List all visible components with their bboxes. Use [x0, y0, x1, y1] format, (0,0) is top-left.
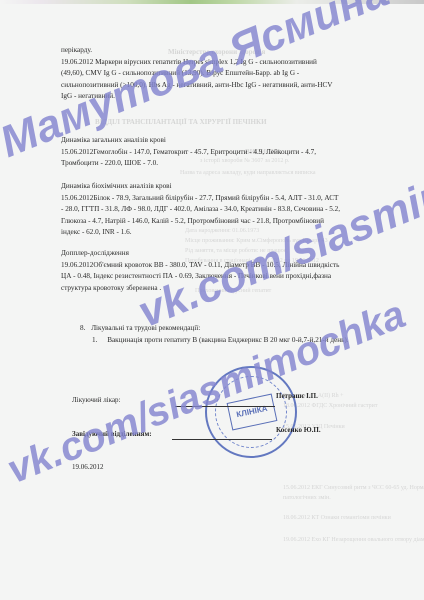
cbc-heading: Динаміка загальних аналізів крові	[61, 135, 391, 147]
bleed-through-address: Назва та адреса закладу, куди направляєт…	[180, 170, 316, 176]
bleed-through-fgds: 18.06.2012 ФГДС Хронічний гастрит	[283, 403, 377, 409]
head-of-department-name: Косенко Ю.П.	[276, 426, 321, 434]
bleed-through-ct: 18.06.2012 КТ Ознаки гемангіоми печінки	[283, 515, 391, 521]
attending-physician-label: Лікуючий лікар:	[72, 396, 121, 404]
biochem-heading: Динаміка біохімічних аналізів крові	[61, 181, 391, 193]
head-signature-line	[172, 439, 272, 440]
recommendations-number: 8.	[80, 324, 85, 332]
bleed-through-echo: 19.06.2012 Ехо КГ Незарощення овального …	[283, 537, 424, 543]
scanned-page: Міністерство охорони здоров'я ВІДДІЛ ТРА…	[0, 0, 424, 600]
biochem-line: 15.06.2012Білок - 78.9, Загальний біліру…	[61, 193, 391, 205]
bleed-through-ekg-2: патологічних змін.	[283, 495, 331, 501]
cbc-line: 15.06.2012Гемоглобін - 147.0, Гематокрит…	[61, 147, 391, 159]
cbc-line: Тромбоцити - 220.0, ШОЕ - 7.0.	[61, 158, 391, 170]
bleed-through-ekg: 15.06.2012 ЕКГ Синусовий ритм з ЧСС 60-6…	[283, 485, 424, 491]
attending-physician-name: Петрашє І.П.	[276, 392, 318, 400]
recommendation-item-number: 1.	[92, 336, 97, 344]
watermark-vk-link-2: vk.com/siasmimochka	[1, 292, 412, 493]
cbc-section: Динаміка загальних аналізів крові 15.06.…	[61, 135, 391, 170]
